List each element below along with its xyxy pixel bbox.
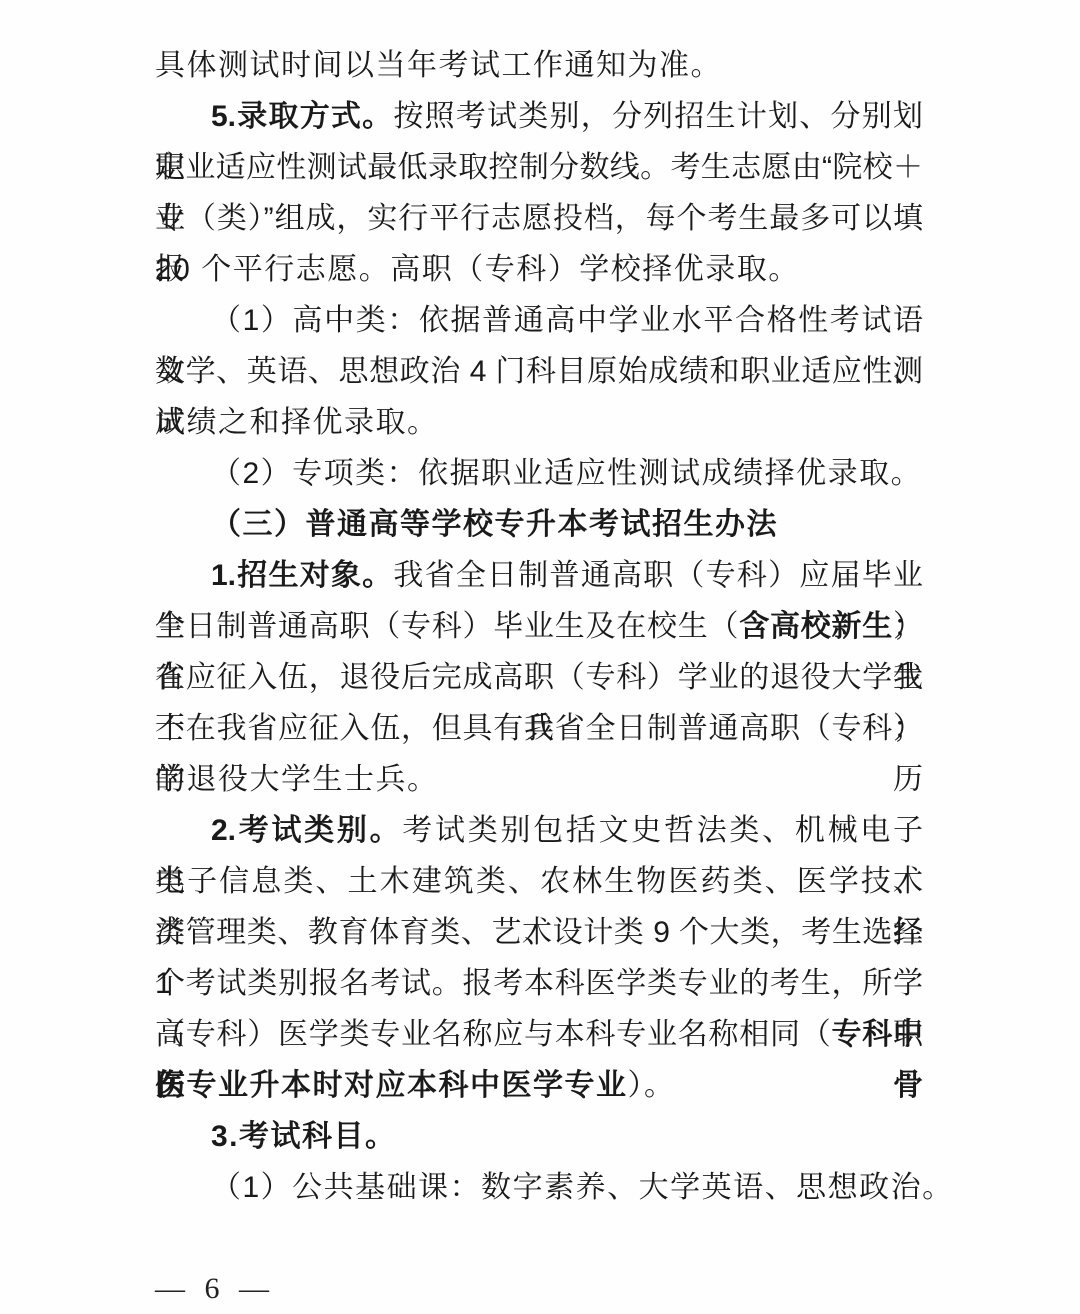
text-segment: 的退役大学生士兵。 <box>155 763 439 796</box>
text-line: 成绩之和择优录取。 <box>155 397 923 448</box>
document-page: 具体测试时间以当年考试工作通知为准。5.录取方式。按照考试类别，分列招生计划、分… <box>0 0 1080 1314</box>
text-segment: 具体测试时间以当年考试工作通知为准。 <box>155 49 722 82</box>
text-line: （1）公共基础课：数字素养、大学英语、思想政治。 <box>155 1162 923 1213</box>
text-segment: 成绩之和择优录取。 <box>155 406 439 439</box>
page-footer: — 6 — <box>155 1272 275 1306</box>
document-body: 具体测试时间以当年考试工作通知为准。5.录取方式。按照考试类别，分列招生计划、分… <box>155 40 923 1213</box>
bold-text-segment: 2.考试类别。 <box>211 814 402 847</box>
text-line: （1）高中类：依据普通高中学业水平合格性考试语文、 <box>155 295 923 346</box>
text-line: （三）普通高等学校专升本考试招生办法 <box>155 499 923 550</box>
text-line: 数学、英语、思想政治 4 门科目原始成绩和职业适应性测试 <box>155 346 923 397</box>
text-line: （2）专项类：依据职业适应性测试成绩择优录取。 <box>155 448 923 499</box>
text-segment: 全日制普通高职（专科）毕业生及在校生（ <box>155 610 739 643</box>
text-line: 省应征入伍，退役后完成高职（专科）学业的退役大学生士兵； <box>155 652 923 703</box>
bold-text-segment: 3.考试科目。 <box>211 1120 397 1153</box>
text-line: 济管理类、教育体育类、艺术设计类 9 个大类，考生选择 1 <box>155 907 923 958</box>
text-line: 职业适应性测试最低录取控制分数线。考生志愿由“院校＋专 <box>155 142 923 193</box>
text-segment: （专科）医学类专业名称应与本科专业名称相同（ <box>155 1018 832 1051</box>
text-line: 3.考试科目。 <box>155 1111 923 1162</box>
bold-text-segment: 伤专业升本时对应本科中医学专业 <box>155 1069 628 1102</box>
text-line: 个考试类别报名考试。报考本科医学类专业的考生，所学高职 <box>155 958 923 1009</box>
bold-text-segment: （三）普通高等学校专升本考试招生办法 <box>211 508 778 541</box>
page-number: — 6 — <box>155 1272 275 1305</box>
text-line: 业（类）”组成，实行平行志愿投档，每个考生最多可以填报 <box>155 193 923 244</box>
text-line: 具体测试时间以当年考试工作通知为准。 <box>155 40 923 91</box>
text-line: 20 个平行志愿。高职（专科）学校择优录取。 <box>155 244 923 295</box>
text-segment: 20 个平行志愿。高职（专科）学校择优录取。 <box>155 253 800 286</box>
bold-text-segment: 5.录取方式。 <box>211 100 393 133</box>
text-line: 不在我省应征入伍，但具有我省全日制普通高职（专科）学历 <box>155 703 923 754</box>
text-line: 电子信息类、土木建筑类、农林生物医药类、医学技术类、经 <box>155 856 923 907</box>
text-line: （专科）医学类专业名称应与本科专业名称相同（专科中医骨 <box>155 1009 923 1060</box>
bold-text-segment: 含高校新生 <box>739 610 893 643</box>
text-segment: ）。 <box>628 1069 676 1102</box>
text-line: 5.录取方式。按照考试类别，分列招生计划、分别划定 <box>155 91 923 142</box>
text-segment: （1）公共基础课：数字素养、大学英语、思想政治。 <box>211 1171 954 1204</box>
bold-text-segment: 1.招生对象。 <box>211 559 393 592</box>
text-segment: （2）专项类：依据职业适应性测试成绩择优录取。 <box>211 457 922 490</box>
text-line: 1.招生对象。我省全日制普通高职（专科）应届毕业生； <box>155 550 923 601</box>
text-line: 2.考试类别。考试类别包括文史哲法类、机械电子类、 <box>155 805 923 856</box>
text-line: 全日制普通高职（专科）毕业生及在校生（含高校新生）在我 <box>155 601 923 652</box>
